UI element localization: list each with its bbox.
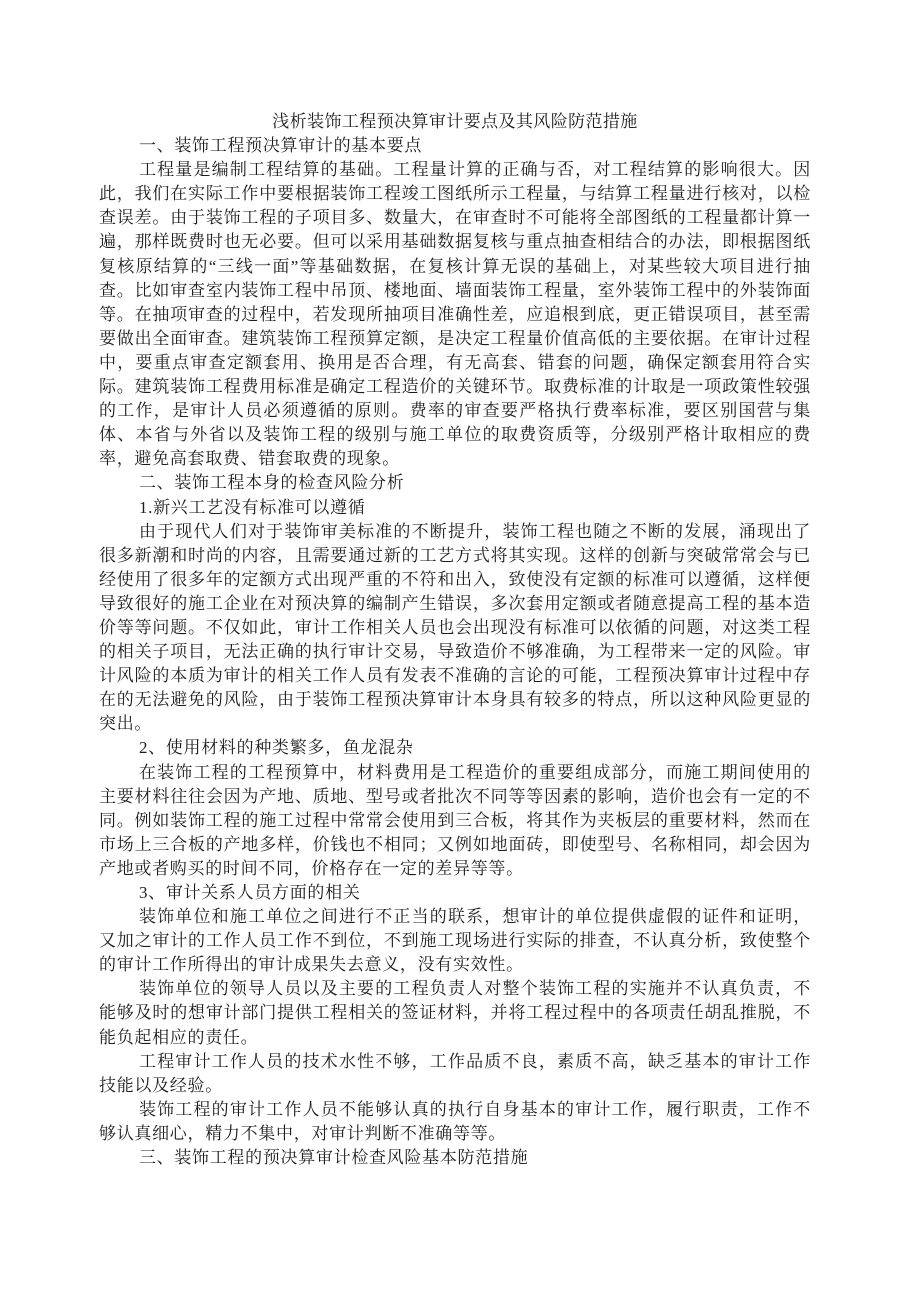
paragraph-2-3-body-d: 装饰工程的审计工作人员不能够认真的执行自身基本的审计工作，履行职责，工作不够认真… <box>99 1098 811 1146</box>
heading-section-3: 三、装饰工程的预决算审计检查风险基本防范措施 <box>99 1146 811 1170</box>
subheading-2-2: 2、使用材料的种类繁多，鱼龙混杂 <box>99 736 811 760</box>
paragraph-2-3-body-a: 装饰单位和施工单位之间进行不正当的联系，想审计的单位提供虚假的证件和证明，又加之… <box>99 905 811 977</box>
heading-section-1: 一、装饰工程预决算审计的基本要点 <box>99 134 811 158</box>
subheading-2-1: 1.新兴工艺没有标准可以遵循 <box>99 496 811 520</box>
paragraph-section-1-body: 工程量是编制工程结算的基础。工程量计算的正确与否，对工程结算的影响很大。因此，我… <box>99 158 811 471</box>
document-page: 浅析装饰工程预决算审计要点及其风险防范措施 一、装饰工程预决算审计的基本要点 工… <box>0 0 920 1302</box>
paragraph-2-3-body-c: 工程审计工作人员的技术水性不够，工作品质不良，素质不高，缺乏基本的审计工作技能以… <box>99 1050 811 1098</box>
paragraph-2-3-body-b: 装饰单位的领导人员以及主要的工程负责人对整个装饰工程的实施并不认真负责，不能够及… <box>99 977 811 1049</box>
subheading-2-3: 3、审计关系人员方面的相关 <box>99 881 811 905</box>
paragraph-2-2-body: 在装饰工程的工程预算中，材料费用是工程造价的重要组成部分，而施工期间使用的主要材… <box>99 761 811 881</box>
document-title: 浅析装饰工程预决算审计要点及其风险防范措施 <box>99 110 811 134</box>
paragraph-2-1-body: 由于现代人们对于装饰审美标准的不断提升，装饰工程也随之不断的发展，涌现出了很多新… <box>99 520 811 737</box>
document-content: 浅析装饰工程预决算审计要点及其风险防范措施 一、装饰工程预决算审计的基本要点 工… <box>99 110 811 1170</box>
heading-section-2: 二、装饰工程本身的检查风险分析 <box>99 471 811 495</box>
